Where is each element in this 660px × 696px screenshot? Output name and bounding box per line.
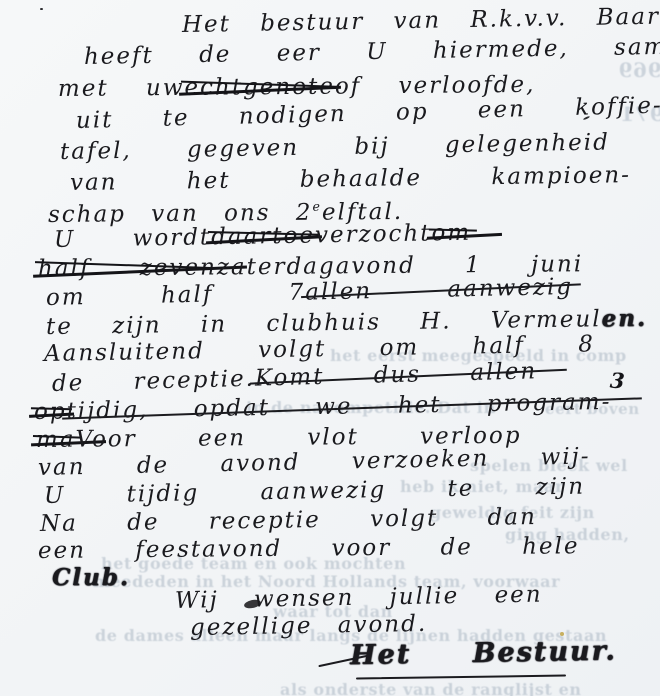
handwritten-line: Wij wensen jullie een — [175, 582, 543, 614]
handwriting-text: om half 7 — [46, 280, 306, 311]
struck-out-text: ma — [36, 427, 76, 453]
handwriting-text: een feestavond voor de hele — [38, 533, 580, 564]
struck-out-text: Komt dus allen — [255, 358, 538, 391]
struck-out-text: om — [431, 220, 471, 247]
handwriting-text: en. — [601, 305, 647, 333]
handwriting-text: Het bestuur van R.k.v.v. Baars. — [182, 3, 660, 38]
handwriting-text: e — [312, 199, 322, 214]
handwriting-text: gezellige avond. — [190, 611, 428, 641]
scan-speck — [40, 8, 43, 10]
handwriting-text: tafel, gegeven bij gelegenheid — [60, 129, 610, 165]
handwriting-text: of verloofde, — [335, 72, 536, 100]
handwritten-line: heeft de eer U hiermede, samen — [84, 33, 660, 70]
handwritten-line: Club. — [52, 564, 130, 591]
handwritten-line: Na de receptie volgt dan — [40, 504, 537, 537]
page-number-mark: 3 — [609, 368, 625, 394]
handwriting-text: verzocht — [315, 220, 432, 248]
handwriting-text: de receptie. — [52, 366, 256, 397]
scan-speck — [560, 632, 564, 636]
handwritten-line: tafel, gegeven bij gelegenheid — [60, 129, 610, 165]
handwritten-line: van het behaalde kampioen- — [70, 162, 631, 196]
struck-out-text: op — [34, 398, 67, 425]
struck-out-text: half zeven — [38, 254, 217, 282]
handwritten-line: gezellige avond. — [190, 611, 428, 641]
bleedthrough-text: als onderste van de ranglijst en — [280, 680, 582, 696]
handwriting-text: Na de receptie volgt dan — [40, 504, 537, 537]
handwriting-text: Club. — [52, 564, 130, 591]
struck-out-text: echtgenote — [184, 74, 335, 101]
struck-out-text: daartoe — [211, 222, 315, 250]
scanned-handwritten-letter: het eerst meegespeeld in compin de nacom… — [0, 0, 660, 696]
handwriting-text: U wordt — [54, 224, 212, 253]
handwriting-text: van het behaalde kampioen- — [70, 162, 631, 196]
handwritten-line: Het bestuur van R.k.v.v. Baars. — [182, 3, 660, 38]
handwriting-text: Wij wensen jullie een — [175, 582, 543, 614]
handwritten-line: Het Bestuur. — [350, 635, 617, 671]
bleedthrough-text: 969 — [618, 58, 660, 82]
handwriting-text: Het Bestuur. — [350, 635, 617, 671]
handwritten-line: een feestavond voor de hele — [38, 533, 580, 564]
handwriting-text: heeft de eer U hiermede, samen — [84, 33, 660, 70]
struck-out-text: allen aanwezig — [305, 274, 573, 306]
handwriting-text: met uw — [58, 75, 185, 102]
